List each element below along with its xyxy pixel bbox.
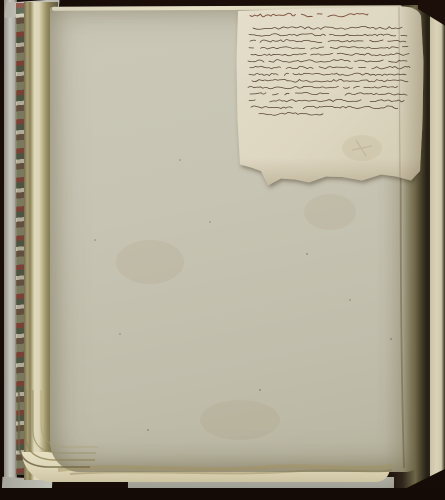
pasted-note bbox=[0, 0, 445, 500]
book-photo bbox=[0, 0, 445, 500]
